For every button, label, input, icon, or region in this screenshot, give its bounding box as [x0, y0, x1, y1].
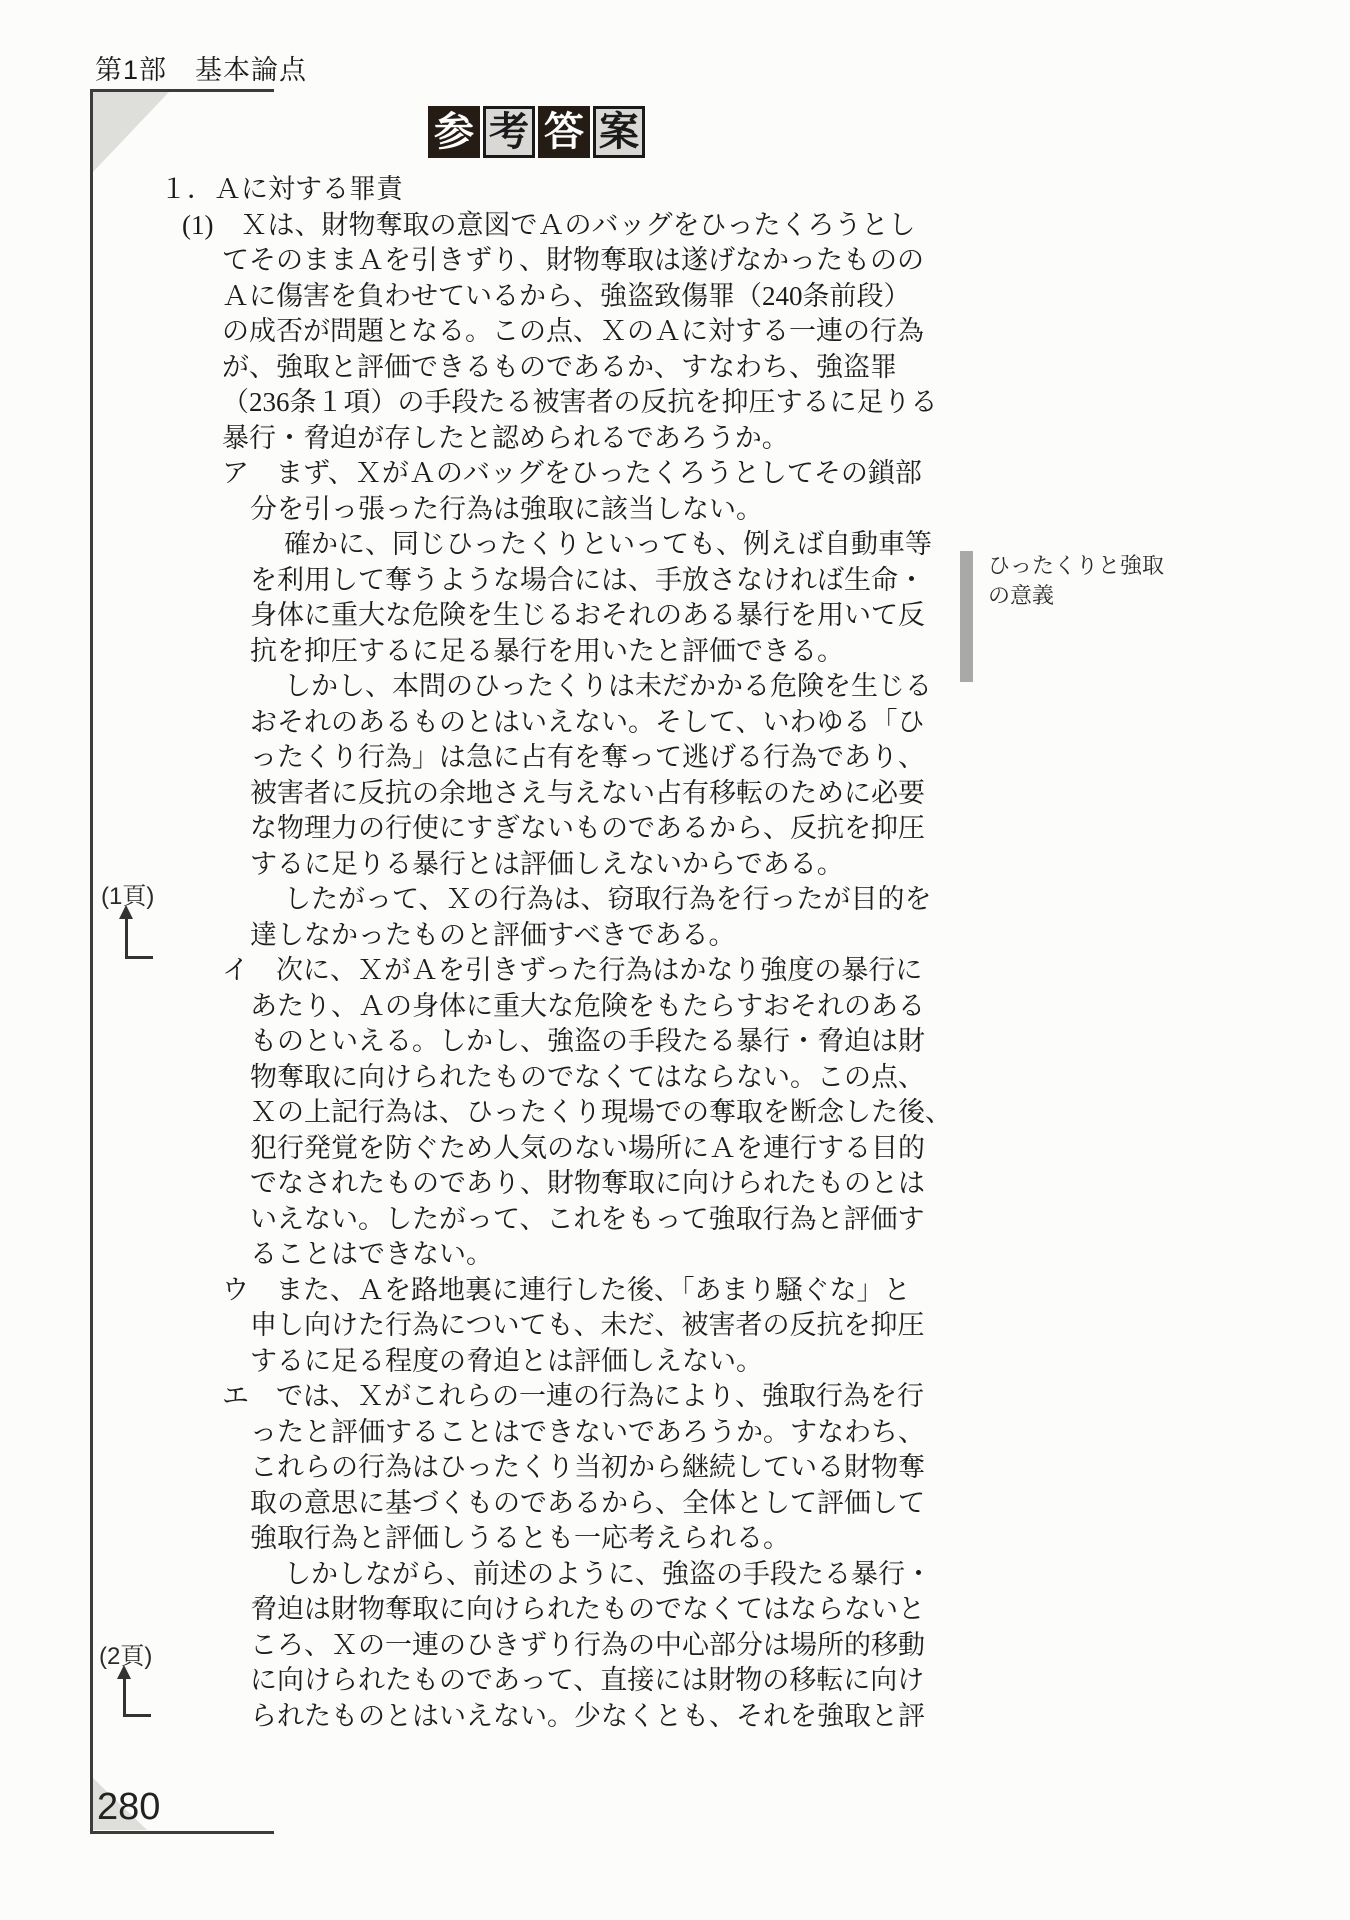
title-char: 参 [428, 106, 480, 158]
body-line: (1) Ｘは、財物奪取の意図でＡのバッグをひったくろうとし [160, 208, 990, 244]
body-line: ったと評価することはできないであろうか。すなわち、 [160, 1415, 990, 1451]
title-char: 案 [593, 106, 645, 158]
title-char: 考 [483, 106, 535, 158]
body-line: 暴行・脅迫が存したと認められるであろうか。 [160, 421, 990, 457]
body-line: しかしながら、前述のように、強盗の手段たる暴行・ [160, 1557, 990, 1593]
body-line: が、強取と評価できるものであるか、すなわち、強盗罪 [160, 350, 990, 386]
side-note-line2: の意義 [988, 581, 1164, 611]
body-line: ア まず、ＸがＡのバッグをひったくろうとしてその鎖部 [160, 456, 990, 492]
body-line: られたものとはいえない。少なくとも、それを強取と評 [160, 1699, 990, 1735]
page-marker-1-arrow-foot [125, 956, 153, 959]
page-marker-1-arrow-stem [125, 917, 128, 959]
body-line: ウ また、Ａを路地裏に連行した後、「あまり騒ぐな」と [160, 1273, 990, 1309]
body-line: エ では、Ｘがこれらの一連の行為により、強取行為を行 [160, 1379, 990, 1415]
footer-rule [90, 1831, 274, 1834]
body-line: 物奪取に向けられたものでなくてはならない。この点、 [160, 1060, 990, 1096]
body-line: Ｘの上記行為は、ひったくり現場での奪取を断念した後、 [160, 1095, 990, 1131]
body-line: これらの行為はひったくり当初から継続している財物奪 [160, 1450, 990, 1486]
body-line: 抗を抑圧するに足る暴行を用いたと評価できる。 [160, 634, 990, 670]
body-line: 取の意思に基づくものであるから、全体として評価して [160, 1486, 990, 1522]
side-note-bar [960, 551, 973, 682]
page-marker-2-arrow-stem [123, 1677, 126, 1717]
answer-title: 参考答案 [428, 106, 645, 158]
body-line: しかし、本問のひったくりは未だかかる危険を生じる [160, 669, 990, 705]
body-line: な物理力の行使にすぎないものであるから、反抗を抑圧 [160, 811, 990, 847]
body-text: １．Ａに対する罪責(1) Ｘは、財物奪取の意図でＡのバッグをひったくろうとしてそ… [160, 172, 990, 1734]
body-line: 脅迫は財物奪取に向けられたものでなくてはならないと [160, 1592, 990, 1628]
body-line: いえない。したがって、これをもって強取行為と評価す [160, 1202, 990, 1238]
body-line: ることはできない。 [160, 1237, 990, 1273]
page-marker-2-arrow-foot [123, 1714, 151, 1717]
title-char: 答 [538, 106, 590, 158]
body-line: したがって、Ｘの行為は、窃取行為を行ったが目的を [160, 882, 990, 918]
body-line: の成否が問題となる。この点、ＸのＡに対する一連の行為 [160, 314, 990, 350]
body-line: を利用して奪うような場合には、手放さなければ生命・ [160, 563, 990, 599]
body-line: ころ、Ｘの一連のひきずり行為の中心部分は場所的移動 [160, 1628, 990, 1664]
body-line: するに足りる暴行とは評価しえないからである。 [160, 847, 990, 883]
body-line: するに足る程度の脅迫とは評価しえない。 [160, 1344, 990, 1380]
body-line: 犯行発覚を防ぐため人気のない場所にＡを連行する目的 [160, 1131, 990, 1167]
body-line: に向けられたものであって、直接には財物の移転に向け [160, 1663, 990, 1699]
body-line: 申し向けた行為についても、未だ、被害者の反抗を抑圧 [160, 1308, 990, 1344]
body-line: １．Ａに対する罪責 [160, 172, 990, 208]
left-margin-rule [90, 89, 93, 1834]
body-line: イ 次に、ＸがＡを引きずった行為はかなり強度の暴行に [160, 953, 990, 989]
body-line: 確かに、同じひったくりといっても、例えば自動車等 [160, 527, 990, 563]
section-header: 第1部 基本論点 [95, 48, 307, 87]
body-line: （236条１項）の手段たる被害者の反抗を抑圧するに足りる [160, 385, 990, 421]
body-line: てそのままＡを引きずり、財物奪取は遂げなかったものの [160, 243, 990, 279]
body-line: でなされたものであり、財物奪取に向けられたものとは [160, 1166, 990, 1202]
body-line: ったくり行為」は急に占有を奪って逃げる行為であり、 [160, 740, 990, 776]
body-line: 身体に重大な危険を生じるおそれのある暴行を用いて反 [160, 598, 990, 634]
body-line: おそれのあるものとはいえない。そして、いわゆる「ひ [160, 705, 990, 741]
body-line: 分を引っ張った行為は強取に該当しない。 [160, 492, 990, 528]
side-note-line1: ひったくりと強取 [988, 551, 1164, 581]
side-note: ひったくりと強取 の意義 [988, 551, 1164, 611]
body-line: 強取行為と評価しうるとも一応考えられる。 [160, 1521, 990, 1557]
body-line: あたり、Ａの身体に重大な危険をもたらすおそれのある [160, 989, 990, 1025]
body-line: 被害者に反抗の余地さえ与えない占有移転のために必要 [160, 776, 990, 812]
body-line: Ａに傷害を負わせているから、強盗致傷罪（240条前段） [160, 279, 990, 315]
top-corner-triangle [93, 92, 169, 172]
page-number: 280 [97, 1786, 160, 1829]
body-line: 達しなかったものと評価すべきである。 [160, 918, 990, 954]
body-line: ものといえる。しかし、強盗の手段たる暴行・脅迫は財 [160, 1024, 990, 1060]
